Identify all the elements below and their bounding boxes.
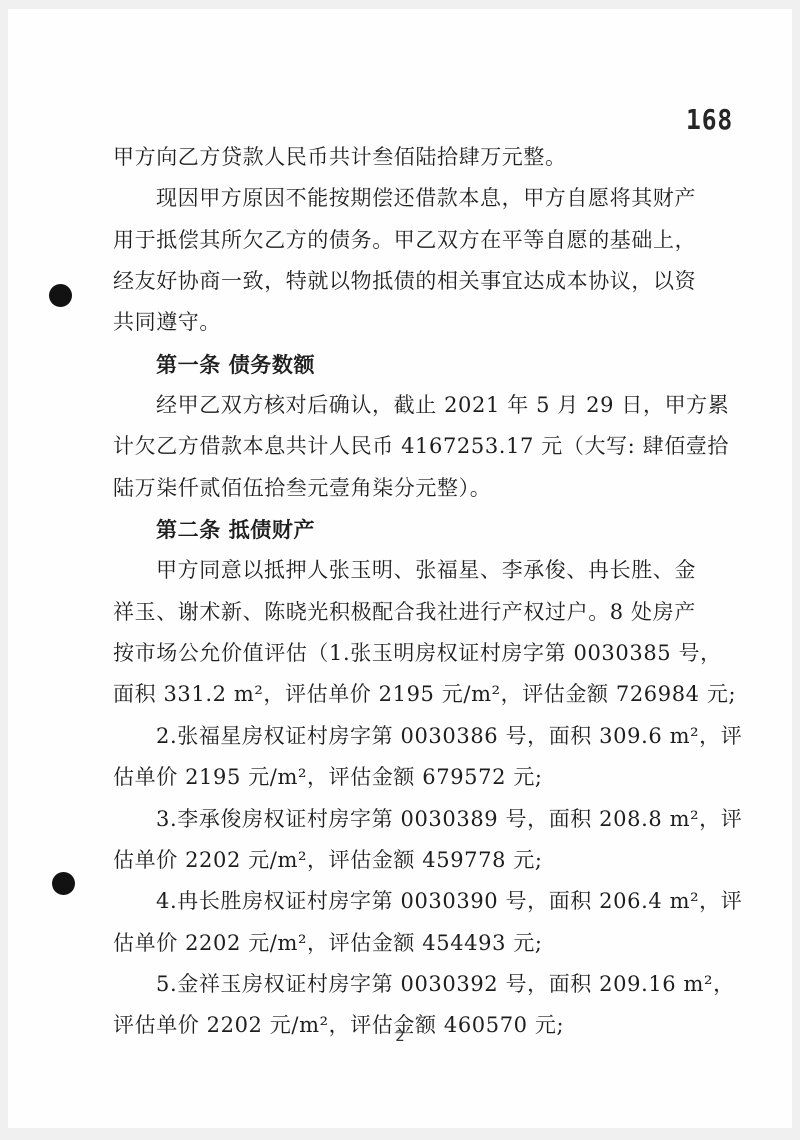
document-line: 共同遵守。 bbox=[113, 302, 713, 343]
document-line: 甲方同意以抵押人张玉明、张福星、李承俊、冉长胜、金 bbox=[113, 550, 713, 591]
document-line: 5.金祥玉房权证村房字第 0030392 号，面积 209.16 m²， bbox=[113, 964, 713, 1005]
document-page: 168 甲方向乙方贷款人民币共计叁佰陆拾肆万元整。现因甲方原因不能按期偿还借款本… bbox=[8, 9, 792, 1128]
hole-punch-mark-top bbox=[49, 284, 72, 307]
document-line: 面积 331.2 m²，评估单价 2195 元/m²，评估金额 726984 元… bbox=[113, 674, 713, 715]
page-footer-number: 2 bbox=[8, 1027, 792, 1045]
document-line: 计欠乙方借款本息共计人民币 4167253.17 元（大写: 肆佰壹拾 bbox=[113, 426, 713, 467]
scanned-document-background: 168 甲方向乙方贷款人民币共计叁佰陆拾肆万元整。现因甲方原因不能按期偿还借款本… bbox=[0, 0, 800, 1140]
document-body: 甲方向乙方贷款人民币共计叁佰陆拾肆万元整。现因甲方原因不能按期偿还借款本息，甲方… bbox=[113, 137, 713, 1047]
document-line: 估单价 2202 元/m²，评估金额 454493 元; bbox=[113, 923, 713, 964]
document-line: 2.张福星房权证村房字第 0030386 号，面积 309.6 m²，评 bbox=[113, 716, 713, 757]
document-line: 第一条 债务数额 bbox=[113, 344, 713, 385]
document-line: 估单价 2202 元/m²，评估金额 459778 元; bbox=[113, 840, 713, 881]
document-line: 经友好协商一致，特就以物抵债的相关事宜达成本协议，以资 bbox=[113, 261, 713, 302]
document-line: 用于抵偿其所欠乙方的债务。甲乙双方在平等自愿的基础上， bbox=[113, 220, 713, 261]
document-line: 第二条 抵债财产 bbox=[113, 509, 713, 550]
document-line: 经甲乙双方核对后确认，截止 2021 年 5 月 29 日，甲方累 bbox=[113, 385, 713, 426]
hole-punch-mark-bottom bbox=[52, 872, 75, 895]
document-line: 4.冉长胜房权证村房字第 0030390 号，面积 206.4 m²，评 bbox=[113, 881, 713, 922]
document-line: 估单价 2195 元/m²，评估金额 679572 元; bbox=[113, 757, 713, 798]
document-line: 祥玉、谢术新、陈晓光积极配合我社进行产权过户。8 处房产 bbox=[113, 592, 713, 633]
document-line: 陆万柒仟贰佰伍拾叁元壹角柒分元整）。 bbox=[113, 468, 713, 509]
document-line: 按市场公允价值评估（1.张玉明房权证村房字第 0030385 号， bbox=[113, 633, 713, 674]
document-line: 现因甲方原因不能按期偿还借款本息，甲方自愿将其财产 bbox=[113, 178, 713, 219]
document-line: 甲方向乙方贷款人民币共计叁佰陆拾肆万元整。 bbox=[113, 137, 713, 178]
archive-page-stamp: 168 bbox=[686, 103, 733, 136]
document-line: 3.李承俊房权证村房字第 0030389 号，面积 208.8 m²，评 bbox=[113, 799, 713, 840]
